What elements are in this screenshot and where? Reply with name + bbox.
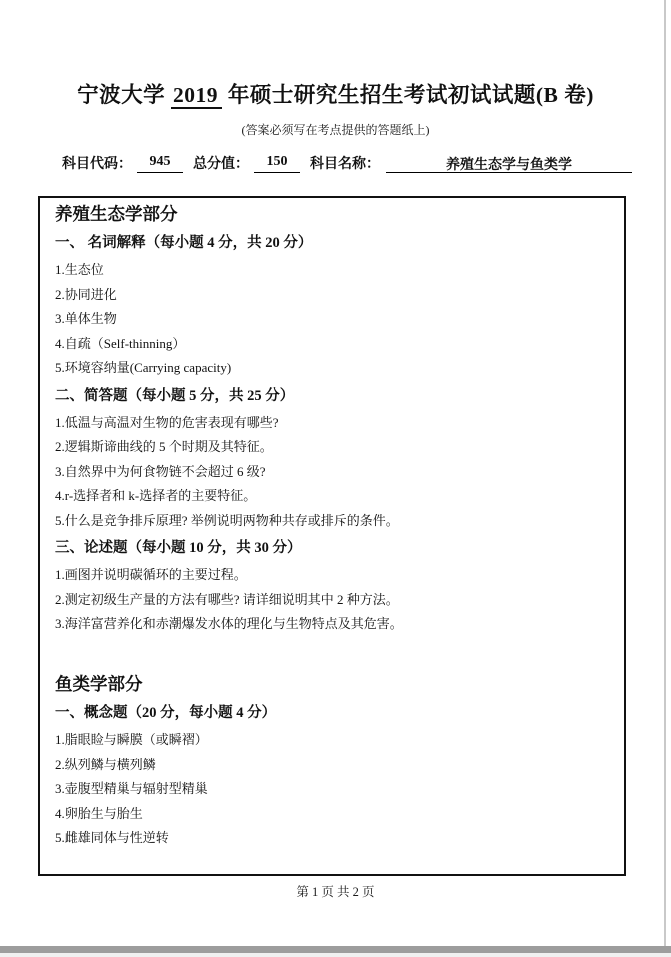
question-item: 4.卵胎生与胎生 [55,807,609,821]
subject-code-value: 945 [137,154,183,173]
document-title-suffix: 年硕士研究生招生考试初试试题(B 卷) [222,83,594,107]
page-right-edge [664,0,666,946]
question-item: 1.生态位 [55,263,609,277]
answer-sheet-notice: (答案必须写在考点提供的答题纸上) [0,121,671,138]
question-item: 4.自疏（Self-thinning） [55,337,609,351]
part-title: 养殖生态学部分 [55,203,609,226]
question-group-heading: 一、概念题（20 分，每小题 4 分） [55,703,609,723]
total-score-label: 总分值： [193,153,249,173]
question-item: 3.单体生物 [55,312,609,326]
question-item: 2.逻辑斯谛曲线的 5 个时期及其特征。 [55,440,609,454]
subject-code-label: 科目代码： [62,153,132,173]
question-group-heading: 三、论述题（每小题 10 分，共 30 分） [55,538,609,558]
total-score-value: 150 [254,154,300,173]
exam-box: 养殖生态学部分一、 名词解释（每小题 4 分，共 20 分）1.生态位2.协同进… [38,196,626,876]
question-item: 1.脂眼睑与瞬膜（或瞬褶） [55,733,609,747]
question-item: 5.什么是竞争排斥原理? 举例说明两物种共存或排斥的条件。 [55,514,609,528]
question-item: 1.低温与高温对生物的危害表现有哪些? [55,416,609,430]
question-group-heading: 二、简答题（每小题 5 分，共 25 分） [55,386,609,406]
question-group-heading: 一、 名词解释（每小题 4 分，共 20 分） [55,233,609,253]
question-item: 1.画图并说明碳循环的主要过程。 [55,568,609,582]
subject-info-row: 科目代码：945总分值：150科目名称：养殖生态学与鱼类学 [62,153,632,173]
question-item: 2.测定初级生产量的方法有哪些? 请详细说明其中 2 种方法。 [55,593,609,607]
question-item: 2.纵列鳞与横列鳞 [55,758,609,772]
page-bottom-edge [0,946,671,953]
document-title-year: 2019 [171,83,222,109]
document-title: 宁波大学 2019 年硕士研究生招生考试初试试题(B 卷) [0,78,671,109]
subject-name-label: 科目名称： [310,153,380,173]
question-item: 3.壶腹型精巢与辐射型精巢 [55,782,609,796]
question-item: 3.自然界中为何食物链不会超过 6 级? [55,465,609,479]
part-title: 鱼类学部分 [55,673,609,696]
document-page: 宁波大学 2019 年硕士研究生招生考试初试试题(B 卷) (答案必须写在考点提… [0,0,671,957]
question-item: 5.雌雄同体与性逆转 [55,831,609,845]
page-number-footer: 第 1 页 共 2 页 [0,882,671,900]
question-item: 5.环境容纳量(Carrying capacity) [55,361,609,375]
subject-name-value: 养殖生态学与鱼类学 [386,154,632,173]
document-title-prefix: 宁波大学 [77,83,171,107]
question-item: 4.r-选择者和 k-选择者的主要特征。 [55,489,609,503]
question-item: 2.协同进化 [55,288,609,302]
question-item: 3.海洋富营养化和赤潮爆发水体的理化与生物特点及其危害。 [55,617,609,631]
viewer-background-strip [0,953,671,957]
